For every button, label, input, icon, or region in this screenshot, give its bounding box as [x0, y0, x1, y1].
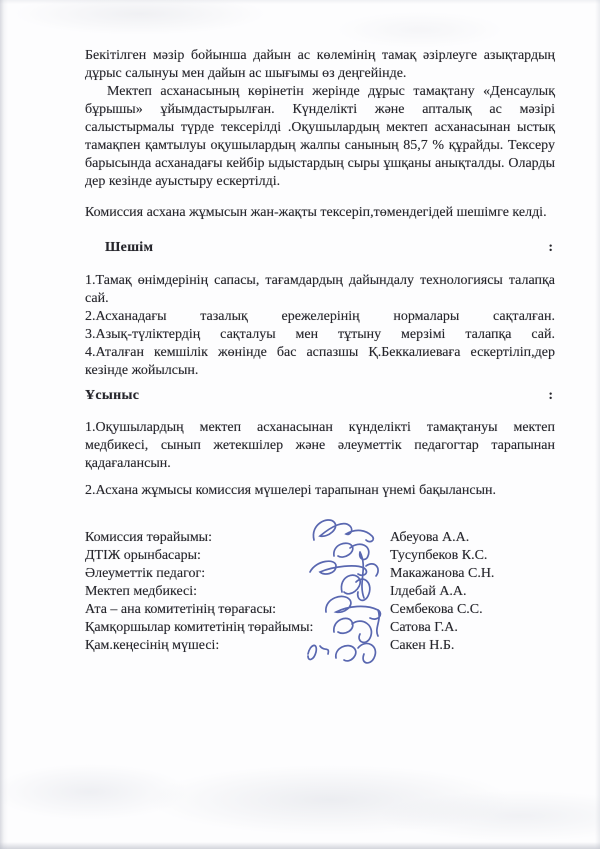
commission-summary-line: Комиссия асхана жұмысын жан-жақты тексер… — [85, 204, 555, 222]
signature-row: Қам.кеңесінің мүшесі:Сакен Н.Б. — [85, 637, 555, 655]
signature-name: Ілдебай А.А. — [390, 583, 467, 601]
signature-block: Комиссия төрайымы:Абеуова А.А.ДТІЖ орынб… — [85, 529, 555, 655]
text-line: салыстырмалы түрде тексерілді .Оқушылард… — [85, 119, 555, 137]
proposal-heading-colon: : — [548, 387, 555, 405]
proposal-heading-row: Ұсыныс : — [85, 387, 555, 405]
signature-row: Әлеуметтік педагог:Макажанова С.Н. — [85, 565, 555, 583]
signature-name: Сакен Н.Б. — [390, 637, 454, 655]
intro-paragraph: Бекітілген мәзір бойынша дайын ас көлемі… — [85, 47, 555, 191]
proposal-heading: Ұсыныс — [85, 387, 139, 405]
signature-role-label: Қам.кеңесінің мүшесі: — [85, 637, 219, 655]
signature-name: Макажанова С.Н. — [390, 565, 494, 583]
decision-list: 1.Тамақ өнімдерінің сапасы, тағамдардың … — [85, 272, 555, 380]
text-line: 3.Азық-түліктердің сақталуы мен тұтыну м… — [85, 326, 555, 344]
signature-row: Қамқоршылар комитетінің төрайымы:Сатова … — [85, 619, 555, 637]
scan-edge-top — [0, 0, 600, 4]
decision-heading: Шешім — [85, 239, 153, 257]
text-line: 2.Асханадағы тазалық ережелерінің нормал… — [85, 308, 555, 326]
signature-row: Мектеп медбикесі:Ілдебай А.А. — [85, 583, 555, 601]
scan-edge-left — [0, 0, 8, 849]
text-line: бұрышы» ұйымдастырылған. Күнделікті және… — [85, 101, 555, 119]
signature-name: Тусупбеков К.С. — [390, 547, 487, 565]
signature-role-label: Мектеп медбикесі: — [85, 583, 197, 601]
signature-row: Ата – ана комитетінің төрағасы:Сембекова… — [85, 601, 555, 619]
signature-role-label: Қамқоршылар комитетінің төрайымы: — [85, 619, 313, 637]
signature-name: Сембекова С.С. — [390, 601, 483, 619]
proposal-item-2: 2.Асхана жұмысы комиссия мүшелері тарапы… — [85, 482, 555, 500]
document-body: Бекітілген мәзір бойынша дайын ас көлемі… — [85, 47, 555, 655]
text-line: 4.Аталған кемшілік жөнінде бас аспазшы Қ… — [85, 344, 555, 362]
text-line: кезінде жойылсын. — [85, 362, 555, 380]
text-line: медбикесі, сынып жетекшілер және әлеумет… — [85, 437, 555, 455]
text-line: Мектеп асханасының көрінетін жерінде дұр… — [85, 83, 555, 101]
scan-edge-bottom — [0, 842, 600, 849]
signature-role-label: Комиссия төрайымы: — [85, 529, 212, 547]
signature-role-label: Әлеуметтік педагог: — [85, 565, 205, 583]
signature-row: ДТІЖ орынбасары:Тусупбеков К.С. — [85, 547, 555, 565]
signature-name: Абеуова А.А. — [390, 529, 469, 547]
proposal-item-1: 1.Оқушылардың мектеп асханасынан күнделі… — [85, 419, 555, 473]
scan-edge-right — [595, 0, 600, 849]
text-line: Бекітілген мәзір бойынша дайын ас көлемі… — [85, 47, 555, 65]
signature-name: Сатова Г.А. — [390, 619, 458, 637]
text-line: қадағалансын. — [85, 455, 555, 473]
scanned-document-page: Бекітілген мәзір бойынша дайын ас көлемі… — [0, 0, 600, 849]
text-line: дер кезінде ауыстыру ескертілді. — [85, 173, 555, 191]
decision-heading-colon: : — [548, 239, 555, 257]
signature-role-label: Ата – ана комитетінің төрағасы: — [85, 601, 276, 619]
signature-row: Комиссия төрайымы:Абеуова А.А. — [85, 529, 555, 547]
text-line: барысында асханадағы кейбір ыдыстардың с… — [85, 155, 555, 173]
decision-heading-row: Шешім : — [85, 239, 555, 257]
text-line: дұрыс салынуы мен дайын ас шығымы өз дең… — [85, 65, 555, 83]
signature-role-label: ДТІЖ орынбасары: — [85, 547, 201, 565]
text-line: сай. — [85, 290, 555, 308]
text-line: тамақпен қамтылуы оқушылардың жалпы саны… — [85, 137, 555, 155]
text-line: 1.Тамақ өнімдерінің сапасы, тағамдардың … — [85, 272, 555, 290]
text-line: 1.Оқушылардың мектеп асханасынан күнделі… — [85, 419, 555, 437]
